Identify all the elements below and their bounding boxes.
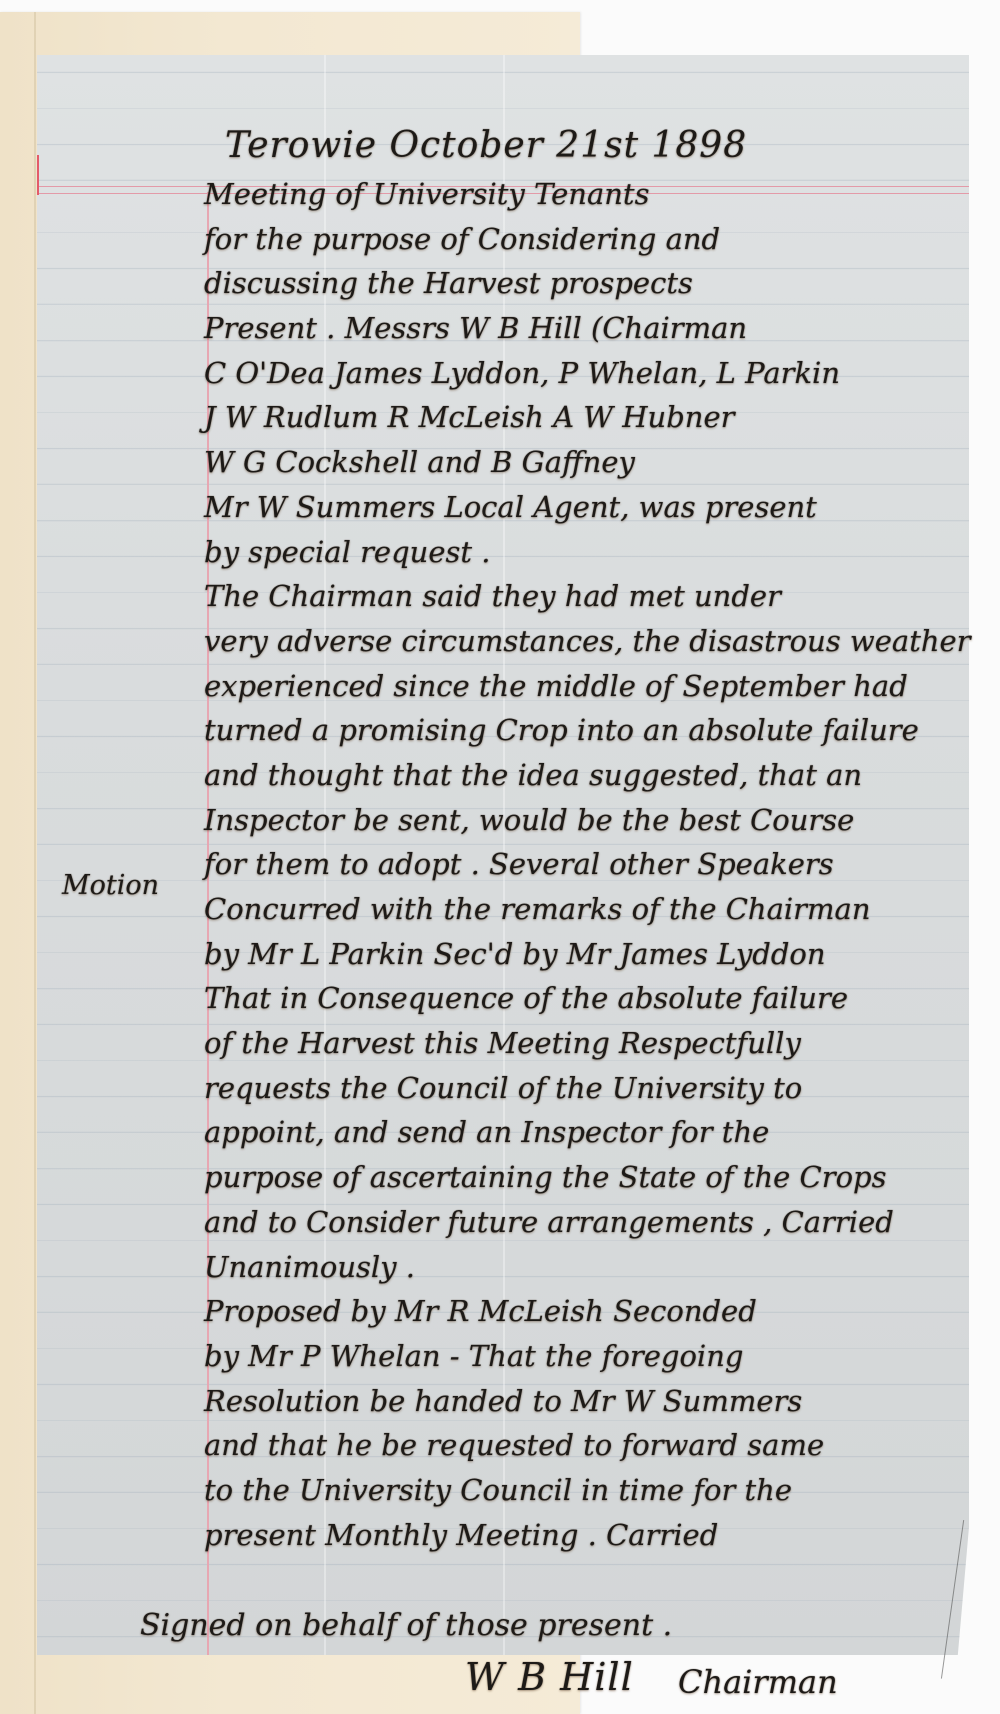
- body-line: for them to adopt . Several other Speake…: [204, 842, 904, 887]
- body-line: Mr W Summers Local Agent, was present: [204, 485, 904, 530]
- minutes-body: Meeting of University Tenants for the pu…: [204, 172, 904, 1557]
- body-line: purpose of ascertaining the State of the…: [204, 1155, 904, 1200]
- body-line: J W Rudlum R McLeish A W Hubner: [204, 395, 904, 440]
- margin-note-motion: Motion: [62, 870, 159, 901]
- signed-on-behalf-line: Signed on behalf of those present .: [140, 1608, 672, 1643]
- body-line: present Monthly Meeting . Carried: [204, 1513, 904, 1558]
- body-line: very adverse circumstances, the disastro…: [204, 619, 904, 664]
- body-line: by special request .: [204, 530, 904, 575]
- signature-title: Chairman: [678, 1663, 838, 1701]
- body-line: experienced since the middle of Septembe…: [204, 664, 904, 709]
- document-heading: Terowie October 21st 1898: [225, 125, 747, 166]
- body-line: and that he be requested to forward same: [204, 1423, 904, 1468]
- body-line: by Mr P Whelan - That the foregoing: [204, 1334, 904, 1379]
- body-line: requests the Council of the University t…: [204, 1066, 904, 1111]
- body-line: and thought that the idea suggested, tha…: [204, 753, 904, 798]
- body-line: Meeting of University Tenants: [204, 172, 904, 217]
- body-line: W G Cockshell and B Gaffney: [204, 440, 904, 485]
- body-line: for the purpose of Considering and: [204, 217, 904, 262]
- backing-fold-line: [34, 12, 36, 1714]
- body-line: Concurred with the remarks of the Chairm…: [204, 887, 904, 932]
- body-line: C O'Dea James Lyddon, P Whelan, L Parkin: [204, 351, 904, 396]
- body-line: of the Harvest this Meeting Respectfully: [204, 1021, 904, 1066]
- body-line: to the University Council in time for th…: [204, 1468, 904, 1513]
- body-line: by Mr L Parkin Sec'd by Mr James Lyddon: [204, 932, 904, 977]
- edge-mark: [37, 155, 39, 195]
- body-line: Resolution be handed to Mr W Summers: [204, 1379, 904, 1424]
- body-line: Inspector be sent, would be the best Cou…: [204, 798, 904, 843]
- body-line: Present . Messrs W B Hill (Chairman: [204, 306, 904, 351]
- body-line: appoint, and send an Inspector for the: [204, 1110, 904, 1155]
- body-line: turned a promising Crop into an absolute…: [204, 708, 904, 753]
- body-line: That in Consequence of the absolute fail…: [204, 976, 904, 1021]
- body-line: discussing the Harvest prospects: [204, 261, 904, 306]
- body-line: Proposed by Mr R McLeish Seconded: [204, 1289, 904, 1334]
- body-line: and to Consider future arrangements , Ca…: [204, 1200, 904, 1245]
- body-line: The Chairman said they had met under: [204, 574, 904, 619]
- signature: W B Hill: [465, 1655, 634, 1699]
- body-line: Unanimously .: [204, 1245, 904, 1290]
